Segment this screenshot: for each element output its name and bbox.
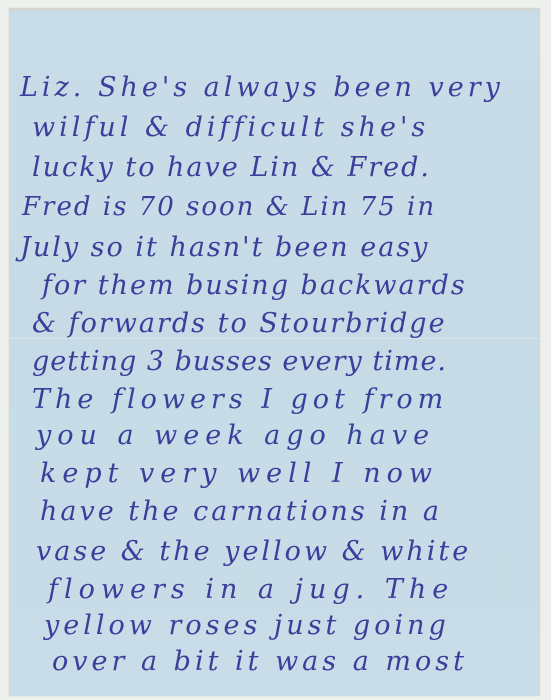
letter-line-6: for them busing backwards <box>42 270 467 301</box>
letter-line-7: & forwards to Stourbridge <box>32 308 447 339</box>
letter-line-13: vase & the yellow & white <box>36 536 471 567</box>
letter-line-1: Liz. She's always been very <box>20 72 504 103</box>
letter-line-9: The flowers I got from <box>32 384 448 415</box>
letter-line-11: kept very well I now <box>40 458 438 489</box>
letter-line-5: July so it hasn't been easy <box>20 232 429 263</box>
letter-line-15: yellow roses just going <box>44 610 450 641</box>
letter-line-12: have the carnations in a <box>40 496 442 527</box>
letter-line-2: wilful & difficult she's <box>32 112 429 143</box>
letter-line-10: you a week ago have <box>36 420 435 451</box>
letter-line-16: over a bit it was a most <box>52 646 468 677</box>
letter-line-14: flowers in a jug. The <box>48 574 454 605</box>
letter-line-4: Fred is 70 soon & Lin 75 in <box>22 192 436 222</box>
letter-line-3: lucky to have Lin & Fred. <box>32 152 431 183</box>
letter-line-8: getting 3 busses every time. <box>32 346 447 377</box>
